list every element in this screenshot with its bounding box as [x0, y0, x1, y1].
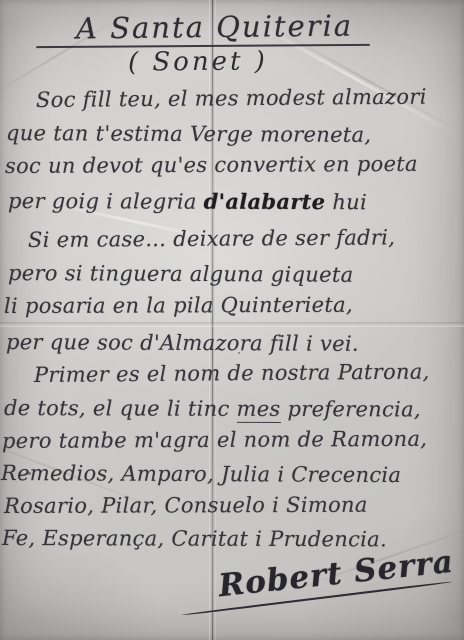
line-segment: per goig i alegria	[8, 189, 204, 214]
line-segment: preferencia,	[281, 397, 421, 421]
poem-line: Si em case... deixare de ser fadri,	[28, 225, 395, 252]
poem-line: li posaria en la pila Quinterieta,	[4, 293, 353, 318]
poem-line: Fe, Esperança, Caritat i Prudencia.	[2, 526, 387, 551]
poem-line: Primer es el nom de nostra Patrona,	[34, 360, 430, 387]
poem-line: per que soc d'Almazora fill i vei.	[6, 330, 359, 356]
poem-line: soc un devot qu'es convertix en poeta	[5, 152, 418, 178]
poem-line: de tots, el que li tinc mes preferencia,	[4, 396, 421, 421]
line-segment-bold: d'alabarte	[204, 189, 326, 214]
line-segment: hui	[325, 190, 367, 214]
poem-line: pero si tinguera alguna giqueta	[8, 261, 354, 287]
handwritten-letter-scan: A Santa Quiteria ( Sonet ) Soc fill teu,…	[0, 0, 464, 640]
poem-line: Soc fill teu, el mes modest almazori	[36, 85, 427, 112]
poem-line: Remedios, Amparo, Julia i Crecencia	[1, 461, 401, 487]
horizontal-fold-crease	[0, 322, 464, 327]
letter-title: A Santa Quiteria	[76, 9, 353, 46]
poem-line: per goig i alegria d'alabarte hui	[8, 188, 367, 214]
poem-line: que tan t'estima Verge moreneta,	[6, 121, 371, 147]
line-segment-underlined: mes	[236, 397, 280, 423]
letter-subtitle: ( Sonet )	[128, 46, 268, 77]
poem-line: pero tambe m'agra el nom de Ramona,	[2, 427, 427, 453]
poem-line: Rosario, Pilar, Consuelo i Simona	[4, 493, 368, 518]
line-segment: de tots, el que li tinc	[4, 396, 237, 421]
